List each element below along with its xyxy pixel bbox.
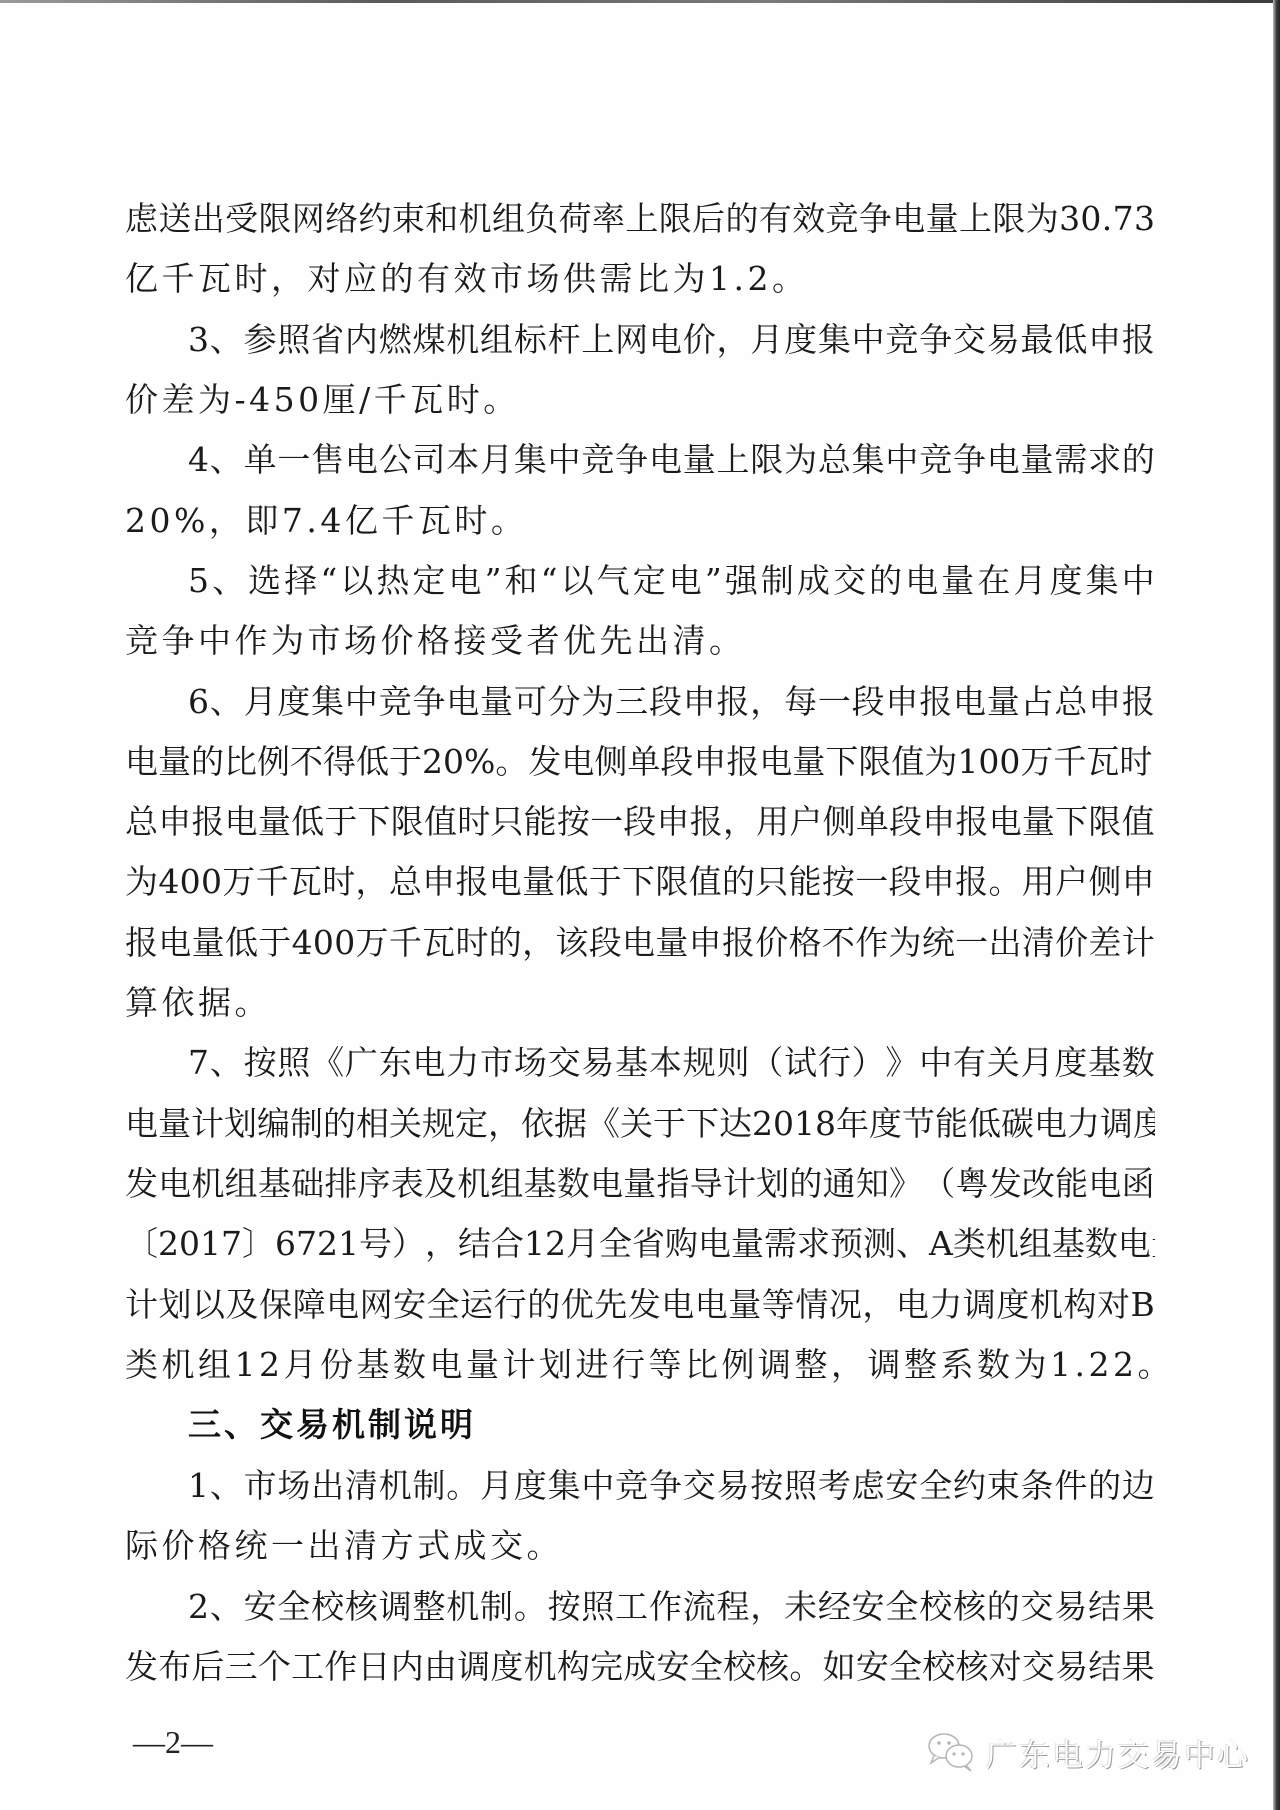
page-number: —2— <box>133 1724 213 1760</box>
paragraph-7-start: 7、按照《广东电力市场交易基本规则（试行）》中有关月度基数 <box>188 1041 1155 1085</box>
paragraph-3-start: 3、参照省内燃煤机组标杆上网电价，月度集中竞争交易最低申报 <box>188 318 1155 362</box>
paragraph-mech-2-start: 2、安全校核调整机制。按照工作流程，未经安全校核的交易结果 <box>188 1585 1155 1629</box>
body-line: 〔2017〕6721号），结合12月全省购电量需求预测、A类机组基数电量 <box>125 1222 1155 1266</box>
watermark-text: 广东电力交易中心 <box>986 1730 1250 1775</box>
body-line: 虑送出受限网络约束和机组负荷率上限后的有效竞争电量上限为30.73 <box>125 197 1155 241</box>
paragraph-mech-1-start: 1、市场出清机制。月度集中竞争交易按照考虑安全约束条件的边 <box>188 1464 1155 1508</box>
body-line: 发电机组基础排序表及机组基数电量指导计划的通知》（粤发改能电函 <box>125 1162 1155 1206</box>
body-line: 亿千瓦时，对应的有效市场供需比为1.2。 <box>125 257 1155 301</box>
watermark: 广东电力交易中心 <box>926 1728 1250 1776</box>
wechat-icon <box>926 1730 978 1774</box>
body-line: 类机组12月份基数电量计划进行等比例调整，调整系数为1.22。 <box>125 1343 1155 1387</box>
paragraph-5-start: 5、选择“以热定电”和“以气定电”强制成交的电量在月度集中 <box>188 559 1155 603</box>
body-line: 报电量低于400万千瓦时的，该段电量申报价格不作为统一出清价差计 <box>125 921 1155 965</box>
body-line: 发布后三个工作日内由调度机构完成安全校核。如安全校核对交易结果 <box>125 1645 1155 1689</box>
scan-border-top <box>0 0 1280 3</box>
body-line: 电量的比例不得低于20%。发电侧单段申报电量下限值为100万千瓦时， <box>125 740 1155 784</box>
paragraph-6-start: 6、月度集中竞争电量可分为三段申报，每一段申报电量占总申报 <box>188 680 1155 724</box>
body-line: 际价格统一出清方式成交。 <box>125 1524 1155 1568</box>
scan-border-right <box>1273 0 1280 1810</box>
body-line: 价差为-450厘/千瓦时。 <box>125 378 1155 422</box>
body-line: 电量计划编制的相关规定，依据《关于下达2018年度节能低碳电力调度 <box>125 1102 1155 1146</box>
body-line: 算依据。 <box>125 981 1155 1025</box>
body-line: 为400万千瓦时，总申报电量低于下限值的只能按一段申报。用户侧申 <box>125 860 1155 904</box>
body-line: 20%，即7.4亿千瓦时。 <box>125 499 1155 543</box>
paragraph-4-start: 4、单一售电公司本月集中竞争电量上限为总集中竞争电量需求的 <box>188 438 1155 482</box>
body-line: 计划以及保障电网安全运行的优先发电电量等情况，电力调度机构对B <box>125 1283 1155 1327</box>
section-heading: 三、交易机制说明 <box>188 1403 1155 1447</box>
body-line: 总申报电量低于下限值时只能按一段申报，用户侧单段申报电量下限值 <box>125 800 1155 844</box>
body-line: 竞争中作为市场价格接受者优先出清。 <box>125 619 1155 663</box>
document-page: 虑送出受限网络约束和机组负荷率上限后的有效竞争电量上限为30.73 亿千瓦时，对… <box>0 0 1280 1810</box>
